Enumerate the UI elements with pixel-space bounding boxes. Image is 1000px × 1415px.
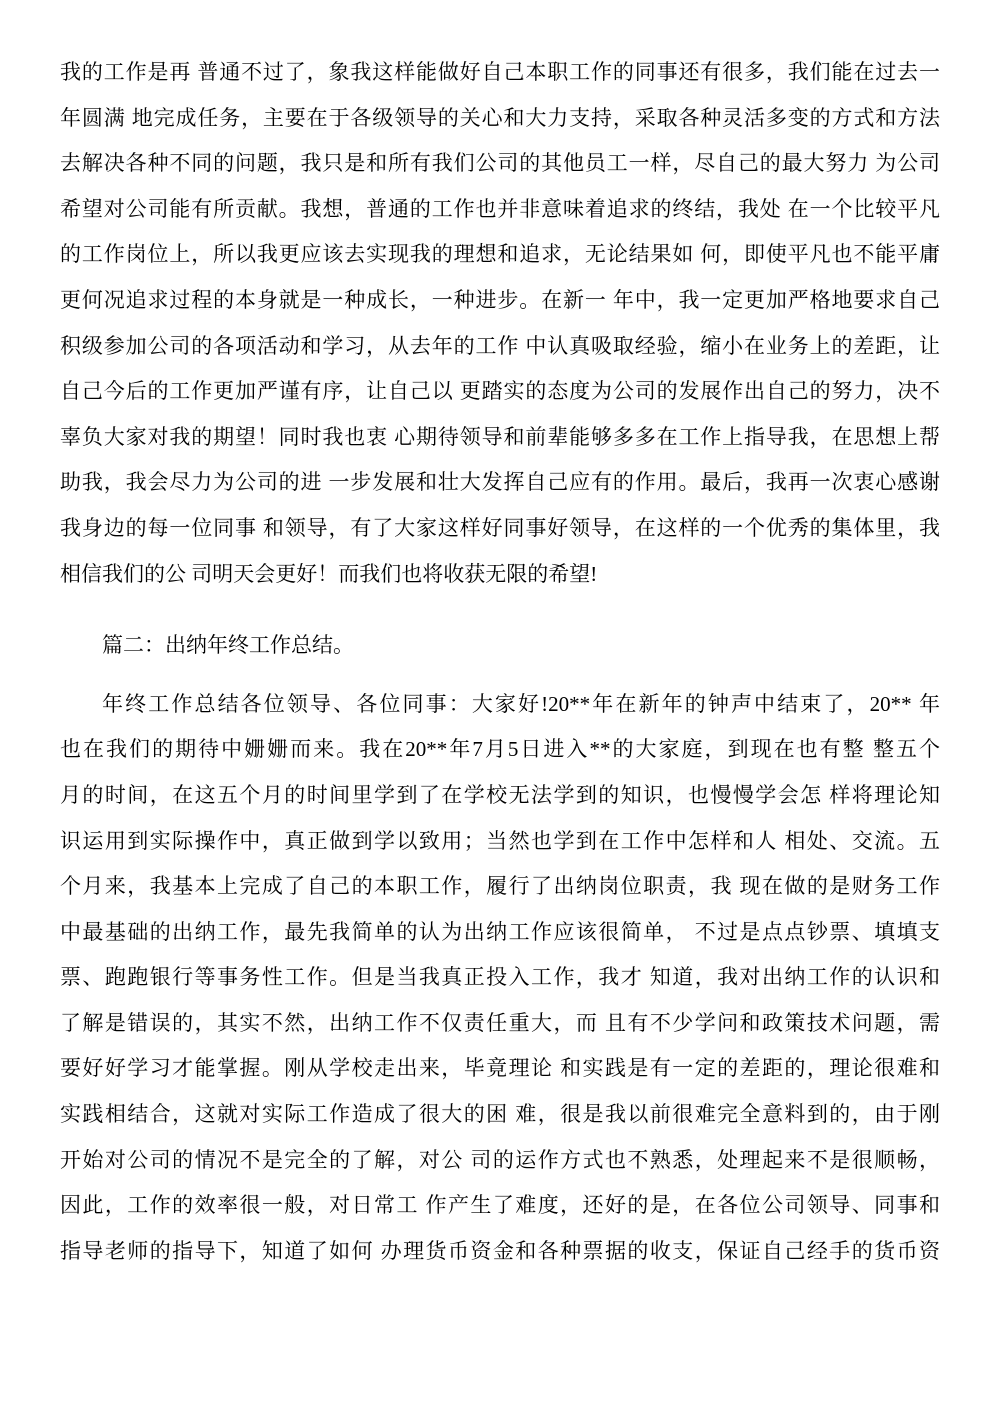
text-line: 开始对公司的情况不是完全的了解，对公 司的运作方式也不熟悉，处理起来不是很顺畅， (60, 1138, 940, 1184)
text-line: 助我，我会尽力为公司的进 一步发展和壮大发挥自己应有的作用。最后，我再一次衷心感… (60, 460, 940, 506)
text-line: 年终工作总结各位领导、各位同事：大家好!20**年在新年的钟声中结束了，20**… (60, 682, 940, 728)
text-line: 希望对公司能有所贡献。我想，普通的工作也并非意味着追求的终结，我处 在一个比较平… (60, 187, 940, 233)
text-line: 更何况追求过程的本身就是一种成长，一种进步。在新一 年中，我一定更加严格地要求自… (60, 278, 940, 324)
text-line: 积级参加公司的各项活动和学习，从去年的工作 中认真吸取经验，缩小在业务上的差距，… (60, 324, 940, 370)
text-line: 票、跑跑银行等事务性工作。但是当我真正投入工作，我才 知道，我对出纳工作的认识和 (60, 955, 940, 1001)
paragraph-2: 年终工作总结各位领导、各位同事：大家好!20**年在新年的钟声中结束了，20**… (60, 682, 940, 1275)
text-line: 我的工作是再 普通不过了，象我这样能做好自己本职工作的同事还有很多，我们能在过去… (60, 50, 940, 96)
text-line: 我身边的每一位同事 和领导，有了大家这样好同事好领导，在这样的一个优秀的集体里，… (60, 506, 940, 552)
text-line: 识运用到实际操作中，真正做到学以致用；当然也学到在工作中怎样和人 相处、交流。五 (60, 819, 940, 865)
text-line: 年圆满 地完成任务，主要在于各级领导的关心和大力支持，采取各种灵活多变的方式和方… (60, 96, 940, 142)
text-line: 也在我们的期待中姗姗而来。我在20**年7月5日进入**的大家庭，到现在也有整 … (60, 727, 940, 773)
text-line: 指导老师的指导下，知道了如何 办理货币资金和各种票据的收支，保证自己经手的货币资 (60, 1229, 940, 1275)
text-line: 月的时间，在这五个月的时间里学到了在学校无法学到的知识，也慢慢学会怎 样将理论知 (60, 773, 940, 819)
text-line: 自己今后的工作更加严谨有序，让自己以 更踏实的态度为公司的发展作出自己的努力，决… (60, 369, 940, 415)
text-line: 中最基础的出纳工作，最先我简单的认为出纳工作应该很简单， 不过是点点钞票、填填支 (60, 910, 940, 956)
text-line: 实践相结合，这就对实际工作造成了很大的困 难，很是我以前很难完全意料到的，由于刚 (60, 1092, 940, 1138)
paragraph-1: 我的工作是再 普通不过了，象我这样能做好自己本职工作的同事还有很多，我们能在过去… (60, 50, 940, 597)
text-line: 因此，工作的效率很一般，对日常工 作产生了难度，还好的是，在各位公司领导、同事和 (60, 1183, 940, 1229)
section-heading: 篇二：出纳年终工作总结。 (60, 623, 940, 669)
document-page: 我的工作是再 普通不过了，象我这样能做好自己本职工作的同事还有很多，我们能在过去… (0, 0, 1000, 1415)
text-line: 去解决各种不同的问题，我只是和所有我们公司的其他员工一样，尽自己的最大努力 为公… (60, 141, 940, 187)
text-line: 辜负大家对我的期望！同时我也衷 心期待领导和前辈能够多多在工作上指导我，在思想上… (60, 415, 940, 461)
text-line: 相信我们的公 司明天会更好！而我们也将收获无限的希望! (60, 552, 940, 598)
text-line: 了解是错误的，其实不然，出纳工作不仅责任重大，而 且有不少学问和政策技术问题，需 (60, 1001, 940, 1047)
text-line: 要好好学习才能掌握。刚从学校走出来，毕竟理论 和实践是有一定的差距的，理论很难和 (60, 1046, 940, 1092)
text-line: 个月来，我基本上完成了自己的本职工作，履行了出纳岗位职责，我 现在做的是财务工作 (60, 864, 940, 910)
text-line: 的工作岗位上，所以我更应该去实现我的理想和追求，无论结果如 何，即使平凡也不能平… (60, 232, 940, 278)
